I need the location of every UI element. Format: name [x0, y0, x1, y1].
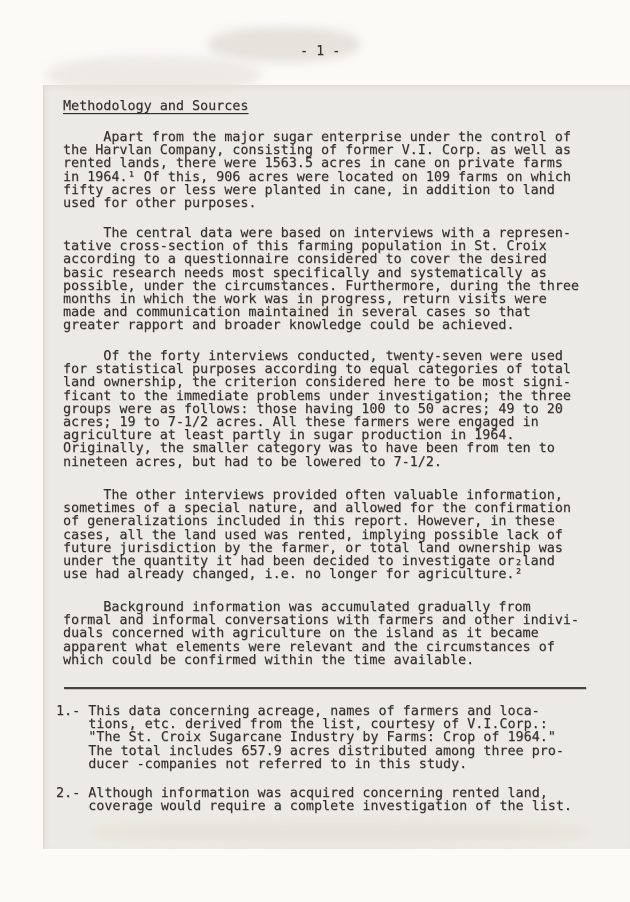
footnote-2: 2.- Although information was acquired co…	[56, 787, 572, 813]
scan-smudge	[90, 823, 590, 841]
document-paragraph: Apart from the major sugar enterprise un…	[63, 131, 571, 210]
section-title: Methodology and Sources	[63, 100, 248, 113]
page-number: - 1 -	[300, 45, 340, 58]
document-paragraph: Of the forty interviews conducted, twent…	[63, 350, 571, 469]
document-paragraph: Background information was accumulated g…	[63, 601, 579, 667]
document-paragraph: The other interviews provided often valu…	[63, 489, 571, 581]
document-paragraph: The central data were based on interview…	[63, 227, 579, 333]
scanned-document-page: - 1 - Methodology and Sources Apart from…	[0, 0, 630, 902]
footnote-1: 1.- This data concerning acreage, names …	[56, 705, 564, 771]
scan-smudge	[46, 56, 260, 94]
footnote-separator	[64, 687, 586, 689]
